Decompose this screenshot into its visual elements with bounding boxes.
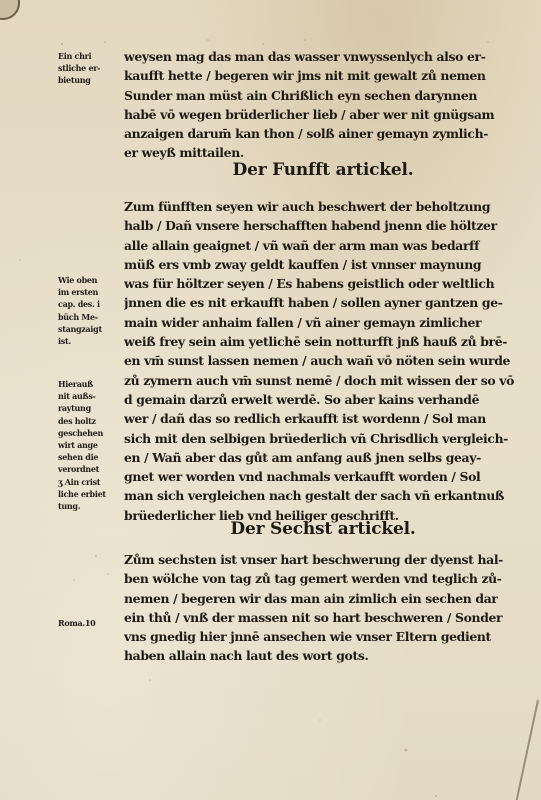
margin-note-line: tung. bbox=[58, 500, 122, 512]
margin-note-wood: Hierauß nit außs- raytung des holtz gesc… bbox=[58, 378, 122, 512]
text-line: en vm̄ sunst lassen nemen / auch wañ vō … bbox=[124, 351, 522, 370]
text-line: sich mit den selbigen brüederlich vñ Chr… bbox=[124, 429, 522, 448]
text-line: kaufft hette / begeren wir jms nit mit g… bbox=[124, 66, 522, 85]
margin-note-line: des holtz bbox=[58, 415, 122, 427]
margin-note-line: Roma.10 bbox=[58, 617, 122, 629]
margin-note-line: stangzaigt bbox=[58, 323, 122, 335]
margin-note-line: bietung bbox=[58, 74, 122, 86]
margin-note-line: Ein chri bbox=[58, 50, 122, 62]
text-line: Zům sechsten ist vnser hart beschwerung … bbox=[124, 550, 522, 569]
margin-note-cross-reference: Wie oben im ersten cap. des. i büch Me- … bbox=[58, 274, 122, 347]
margin-note-line: raytung bbox=[58, 402, 122, 414]
text-line: wer / dañ das so redlich erkaufft ist wo… bbox=[124, 409, 522, 428]
margin-note-line: büch Me- bbox=[58, 311, 122, 323]
text-line: nemen / begeren wir das man ain zimlich … bbox=[124, 589, 522, 608]
text-line: alle allain geaignet / vñ wañ der arm ma… bbox=[124, 236, 522, 255]
article6-paragraph: Zům sechsten ist vnser hart beschwerung … bbox=[124, 550, 522, 666]
page-corner-binding bbox=[0, 0, 20, 20]
margin-note-line: liche erbiet bbox=[58, 488, 122, 500]
text-line: müß ers vmb zway geldt kauffen / ist vnn… bbox=[124, 255, 522, 274]
text-line: habē vō wegen brüderlicher lieb / aber w… bbox=[124, 105, 522, 124]
margin-note-line: stliche er- bbox=[58, 62, 122, 74]
text-line: ein thů / vnß der massen nit so hart bes… bbox=[124, 608, 522, 627]
margin-note-line: ʒ Ain crist bbox=[58, 476, 122, 488]
margin-note-line: ist. bbox=[58, 335, 122, 347]
margin-note-line: geschehen bbox=[58, 427, 122, 439]
text-line: anzaigen darum̄ kan thon / solß ainer ge… bbox=[124, 124, 522, 143]
margin-note-line: Hierauß bbox=[58, 378, 122, 390]
text-line: zů zymern auch vm̄ sunst nemē / doch mit… bbox=[124, 371, 522, 390]
text-line: halb / Dañ vnsere herschafften habend jn… bbox=[124, 216, 522, 235]
margin-note-line: nit außs- bbox=[58, 390, 122, 402]
article6-heading: Der Sechst artickel. bbox=[124, 519, 522, 539]
text-line: Zum fünfften seyen wir auch beschwert de… bbox=[124, 197, 522, 216]
text-line: main wider anhaim fallen / vñ ainer gema… bbox=[124, 313, 522, 332]
margin-note-line: im ersten bbox=[58, 286, 122, 298]
text-line: en / Wañ aber das gůt am anfang auß jnen… bbox=[124, 448, 522, 467]
text-line: ben wölche von tag zů tag gemert werden … bbox=[124, 569, 522, 588]
text-line: d gemain darzů erwelt werdē. So aber kai… bbox=[124, 390, 522, 409]
margin-note-line: wirt ange bbox=[58, 439, 122, 451]
scanned-page: Ein chri stliche er- bietung Wie oben im… bbox=[0, 0, 541, 800]
text-line: weiß frey sein aim yetlichē sein notturf… bbox=[124, 332, 522, 351]
text-line: Sunder man müst ain Chrißlich eyn sechen… bbox=[124, 86, 522, 105]
text-line: haben allain nach laut des wort gots. bbox=[124, 646, 522, 665]
text-line: was für höltzer seyen / Es habens geistl… bbox=[124, 274, 522, 293]
margin-note-line: sehen die bbox=[58, 451, 122, 463]
margin-note-line: verordnet bbox=[58, 463, 122, 475]
margin-note-christian-offer: Ein chri stliche er- bietung bbox=[58, 50, 122, 87]
text-line: weysen mag das man das wasser vnwyssenly… bbox=[124, 47, 522, 66]
page-edge bbox=[514, 700, 539, 800]
text-line: man sich vergleichen nach gestalt der sa… bbox=[124, 486, 522, 505]
text-line: jnnen die es nit erkaufft haben / sollen… bbox=[124, 293, 522, 312]
article5-paragraph: Zum fünfften seyen wir auch beschwert de… bbox=[124, 197, 522, 525]
paragraph-continuation: weysen mag das man das wasser vnwyssenly… bbox=[124, 47, 522, 163]
text-line: vns gnedig hier jnnē ansechen wie vnser … bbox=[124, 627, 522, 646]
margin-note-line: cap. des. i bbox=[58, 298, 122, 310]
margin-note-line: Wie oben bbox=[58, 274, 122, 286]
article5-heading: Der Funfft artickel. bbox=[124, 160, 522, 180]
margin-note-romans: Roma.10 bbox=[58, 617, 122, 629]
text-line: gnet wer worden vnd nachmals verkaufft w… bbox=[124, 467, 522, 486]
